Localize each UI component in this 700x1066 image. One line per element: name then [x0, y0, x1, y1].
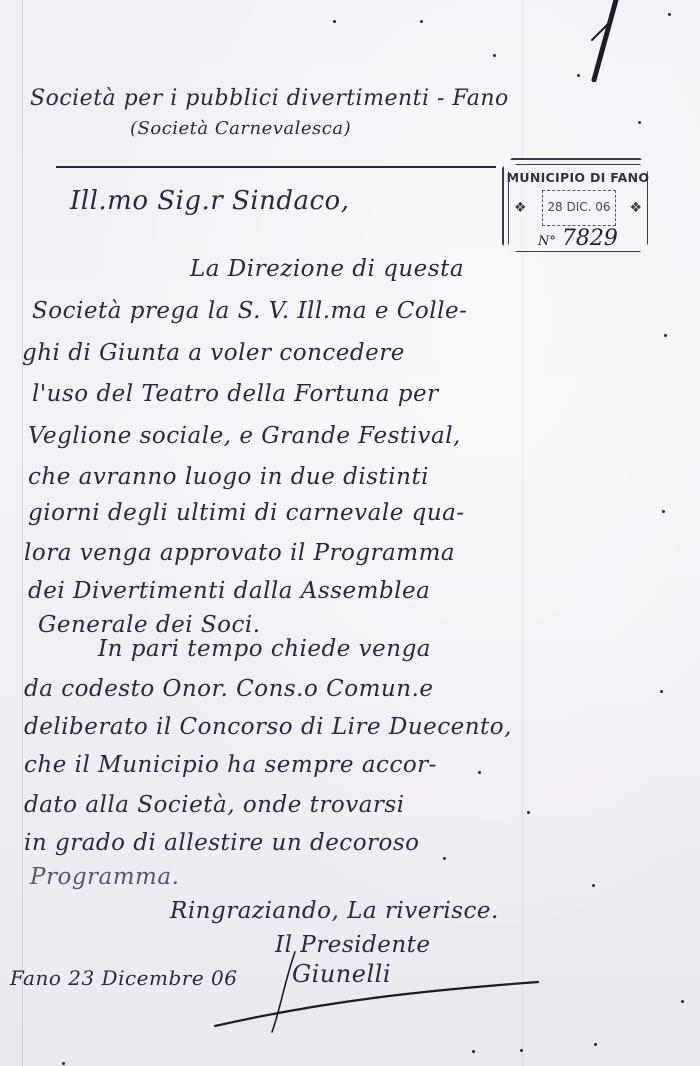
closing-line: Ringraziando, La riverisce. [170, 898, 499, 924]
stamp-date-box: 28 DIC. 06 [542, 190, 616, 226]
signatory-title: Il Presidente [275, 932, 431, 958]
ink-speck [333, 20, 336, 23]
stamp-ornament-left-icon: ❖ [514, 200, 527, 216]
stamp-ornament-right-icon: ❖ [629, 200, 642, 216]
body-line: Generale dei Soci. [38, 612, 261, 638]
stamp-number-value: 7829 [562, 226, 618, 251]
ink-speck [493, 54, 496, 57]
stamp-number-prefix: N° [538, 234, 556, 249]
ink-speck [520, 1049, 523, 1052]
body-line: l'uso del Teatro della Fortuna per [32, 381, 439, 407]
body-line: Società prega la S. V. Ill.ma e Colle- [32, 298, 467, 324]
body-line: Veglione sociale, e Grande Festival, [28, 423, 461, 449]
ink-speck [592, 884, 595, 887]
ink-speck [660, 690, 663, 693]
salutation: Ill.mo Sig.r Sindaco, [70, 186, 349, 216]
municipal-stamp: MUNICIPIO DI FANO ❖ 28 DIC. 06 ❖ N°7829 [502, 158, 654, 258]
header-subtitle: (Società Carnevalesca) [130, 118, 351, 139]
stamp-protocol-number: N°7829 [538, 226, 618, 251]
ink-speck [527, 811, 530, 814]
ink-speck [577, 74, 580, 77]
body-line: giorni degli ultimi di carnevale qua- [28, 500, 465, 526]
ink-speck [478, 771, 481, 774]
ink-speck [668, 13, 671, 16]
header-divider [56, 166, 496, 168]
body-line: che il Municipio ha sempre accor- [24, 752, 437, 778]
signature: Giunelli [292, 960, 391, 988]
body-line: In pari tempo chiede venga [98, 636, 431, 662]
ink-speck [420, 20, 423, 23]
body-line: Programma. [30, 864, 179, 890]
ink-speck [62, 1062, 65, 1065]
stamp-date: 28 DIC. 06 [543, 200, 615, 214]
header-organization: Società per i pubblici divertimenti - Fa… [30, 86, 509, 111]
body-line: da codesto Onor. Cons.o Comun.e [24, 676, 433, 702]
ink-speck [472, 1050, 475, 1053]
stamp-title: MUNICIPIO DI FANO [504, 170, 652, 185]
page-number-mark [588, 0, 628, 82]
body-line: ghi di Giunta a voler concedere [22, 340, 405, 366]
ink-speck [594, 1043, 597, 1046]
body-line: deliberato il Concorso di Lire Duecento, [24, 714, 512, 740]
body-line: dei Divertimenti dalla Assemblea [28, 578, 430, 604]
margin-fold-line [22, 0, 23, 1066]
body-line: che avranno luogo in due distinti [28, 464, 429, 490]
ink-speck [681, 1000, 684, 1003]
ink-speck [443, 857, 446, 860]
body-line: La Direzione di questa [190, 256, 464, 282]
body-line: in grado di allestire un decoroso [24, 830, 420, 856]
ink-speck [638, 121, 641, 124]
place-and-date: Fano 23 Dicembre 06 [10, 966, 237, 990]
ink-speck [664, 334, 667, 337]
ink-speck [662, 510, 665, 513]
body-line: dato alla Società, onde trovarsi [24, 792, 405, 818]
body-line: lora venga approvato il Programma [24, 540, 455, 566]
